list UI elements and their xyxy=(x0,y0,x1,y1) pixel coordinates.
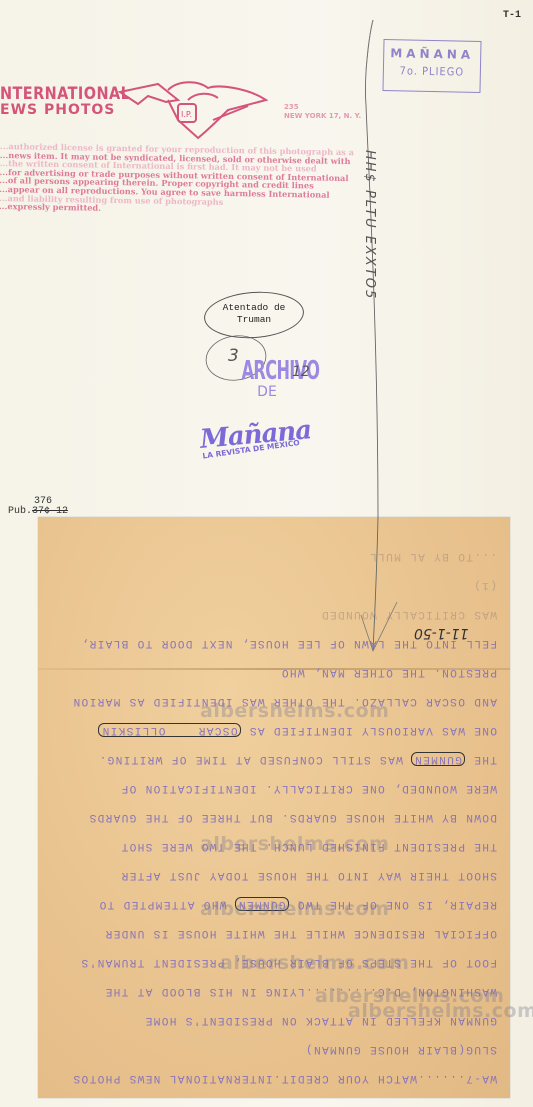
handwritten-date: 11-1-50 xyxy=(414,625,469,641)
typed-caption-line: (1) xyxy=(72,570,497,599)
circled-word: GUNMEN xyxy=(411,752,465,766)
typed-caption-line: WERE WOUNDED, ONE CRITICALLY. IDENTIFICA… xyxy=(72,773,497,802)
typed-caption-line: WAS CRITICALLY WOUNDED xyxy=(72,599,497,628)
watermark: albershelms.com xyxy=(348,1000,533,1022)
typed-caption-line: DOWN BY WHITE HOUSE GUARDS. BUT THREE OF… xyxy=(72,802,497,831)
typed-caption-line: SHOOT THEIR WAY INTO THE HOUSE TODAY JUS… xyxy=(72,860,497,889)
watermark: albershelms.com xyxy=(200,700,389,722)
typed-caption-line: OFFICIAL RESIDENCE WHILE THE WHITE HOUSE… xyxy=(72,918,497,947)
typed-caption-line: WA-7......WATCH YOUR CREDIT.INTERNATIONA… xyxy=(72,1063,497,1092)
typed-caption-line: PRESTON. THE OTHER MAN, WHO xyxy=(72,657,497,686)
typed-caption-line: THE GUNMEN WAS STILL CONFUSED AT TIME OF… xyxy=(72,744,497,773)
watermark: albershelms.com xyxy=(220,952,409,974)
circled-word: OSCAR OLLISKIN xyxy=(98,723,240,737)
typed-caption-line: SLUG(BLAIR HOUSE GUNMAN) xyxy=(72,1034,497,1063)
typed-caption-line: ...TO BY AL MULL xyxy=(72,541,497,570)
watermark: albershelms.com xyxy=(200,833,389,855)
watermark: albershelms.com xyxy=(200,898,389,920)
